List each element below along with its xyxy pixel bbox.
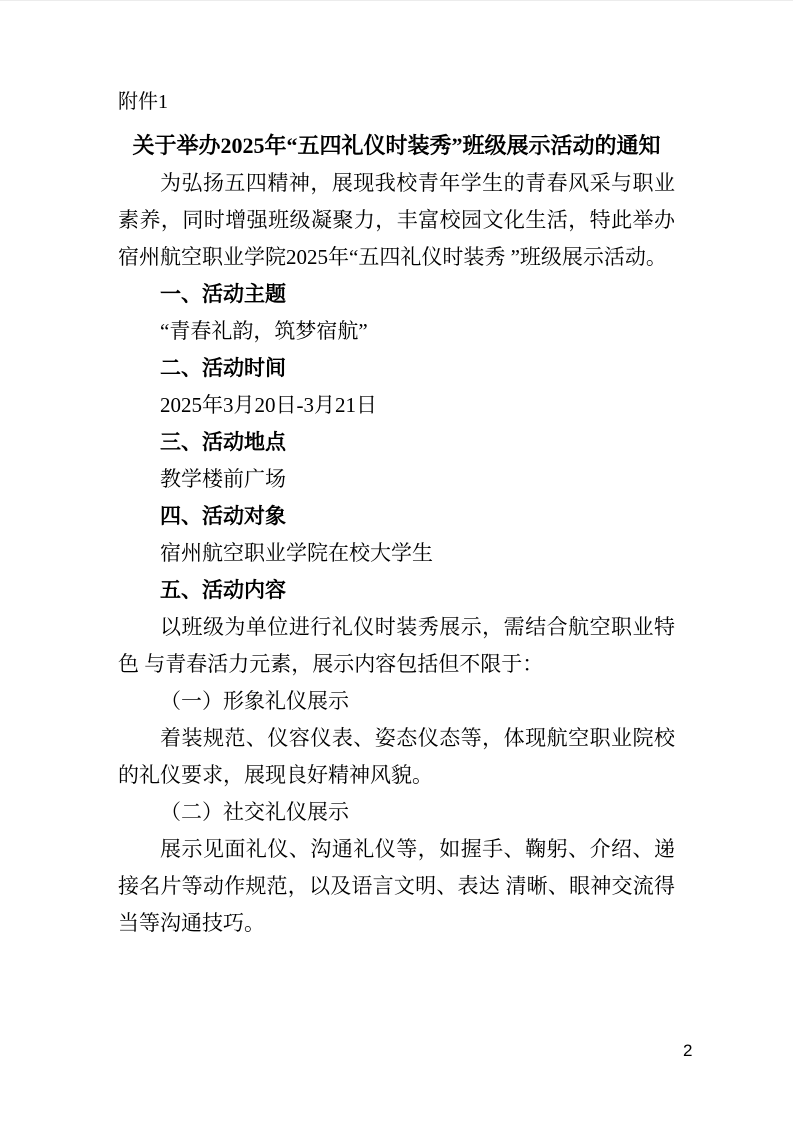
document-page: 附件1 关于举办2025年“五四礼仪时装秀”班级展示活动的通知 为弘扬五四精神，…: [0, 0, 793, 1122]
section-body-time: 2025年3月20日-3月21日: [118, 387, 675, 424]
section-body-location: 教学楼前广场: [118, 461, 675, 498]
attachment-label: 附件1: [118, 89, 675, 115]
document-title: 关于举办2025年“五四礼仪时装秀”班级展示活动的通知: [118, 129, 675, 162]
section-body-content: 以班级为单位进行礼仪时装秀展示，需结合航空职业特色 与青春活力元素，展示内容包括…: [118, 609, 675, 683]
section-heading-content: 五、活动内容: [118, 572, 675, 609]
section-heading-location: 三、活动地点: [118, 424, 675, 461]
section-heading-audience: 四、活动对象: [118, 498, 675, 535]
subsection-body-image-etiquette: 着装规范、仪容仪表、姿态仪态等，体现航空职业院校的礼仪要求，展现良好精神风貌。: [118, 720, 675, 794]
section-heading-theme: 一、活动主题: [118, 276, 675, 313]
subsection-body-social-etiquette: 展示见面礼仪、沟通礼仪等，如握手、鞠躬、介绍、递接名片等动作规范，以及语言文明、…: [118, 831, 675, 942]
section-body-theme: “青春礼韵，筑梦宿航”: [118, 313, 675, 350]
page-number: 2: [683, 1042, 692, 1060]
subsection-heading-image-etiquette: （一）形象礼仪展示: [118, 683, 675, 720]
section-heading-time: 二、活动时间: [118, 350, 675, 387]
document-content: 附件1 关于举办2025年“五四礼仪时装秀”班级展示活动的通知 为弘扬五四精神，…: [118, 89, 675, 942]
intro-paragraph: 为弘扬五四精神，展现我校青年学生的青春风采与职业素养，同时增强班级凝聚力，丰富校…: [118, 165, 675, 276]
section-body-audience: 宿州航空职业学院在校大学生: [118, 535, 675, 572]
subsection-heading-social-etiquette: （二）社交礼仪展示: [118, 794, 675, 831]
